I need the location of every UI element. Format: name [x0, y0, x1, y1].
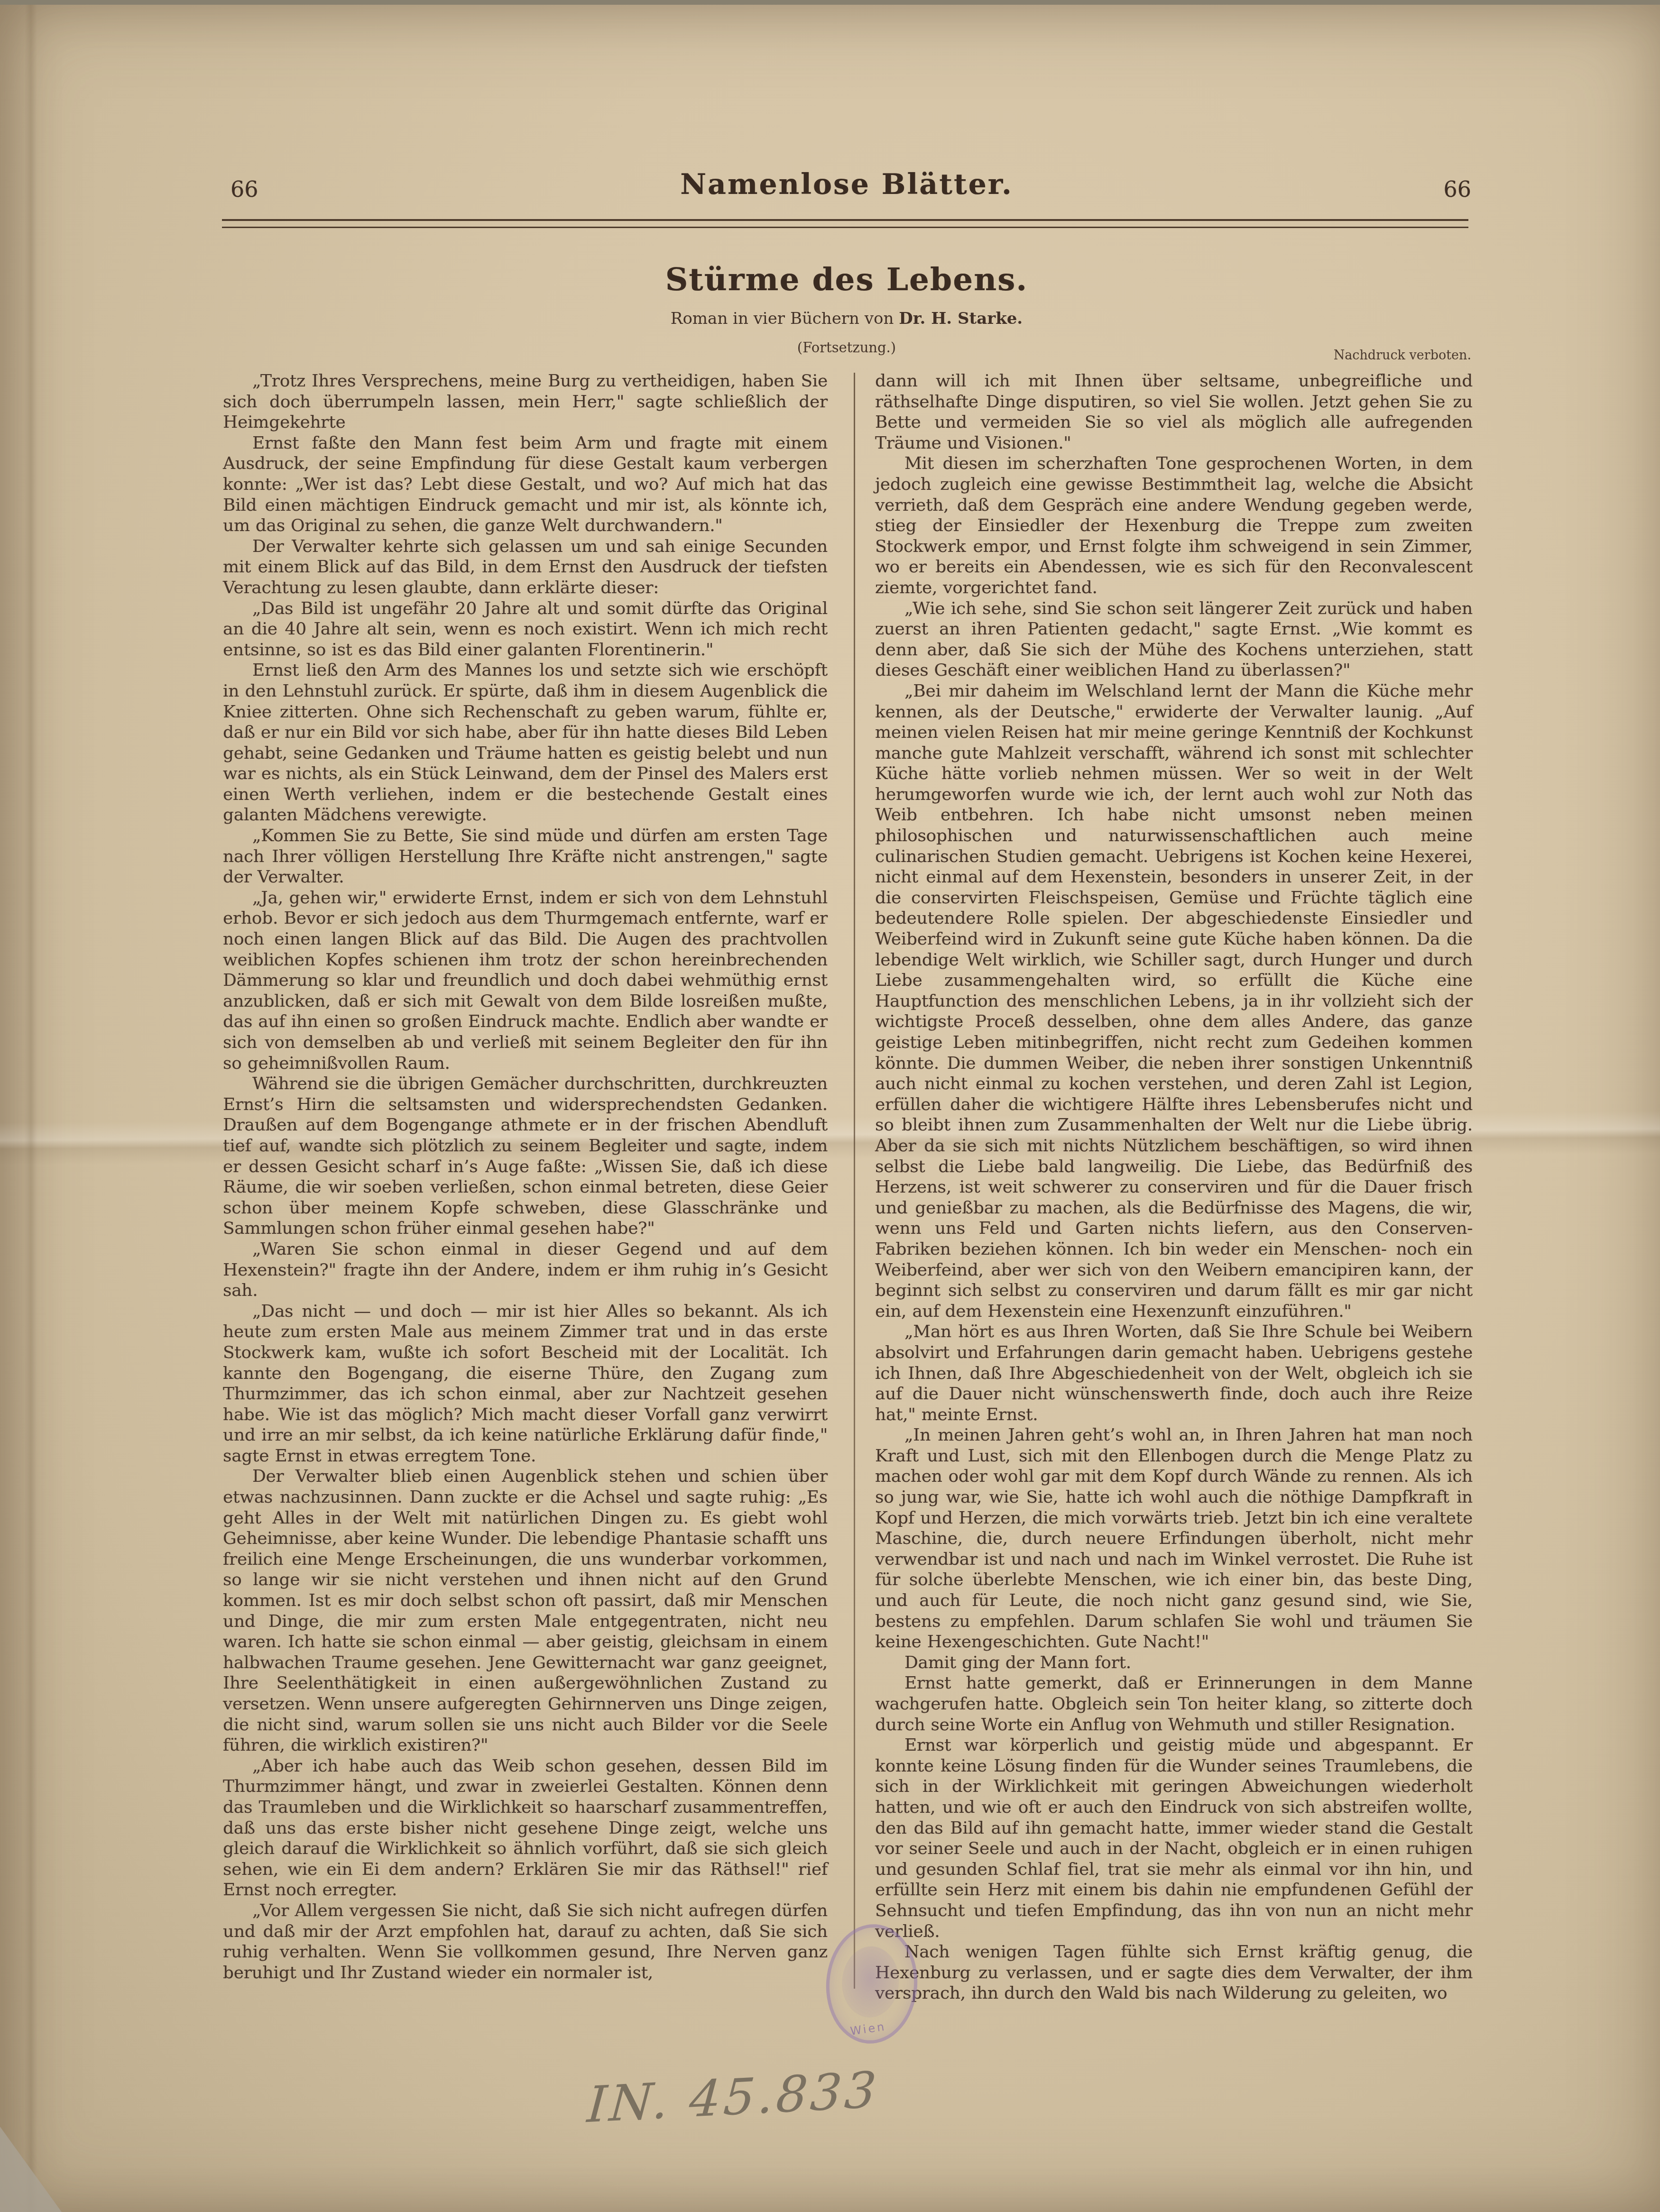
library-stamp-text: Wien — [830, 2017, 906, 2041]
masthead-title: Namenlose Blätter. — [223, 168, 1470, 201]
column-left: „Trotz Ihres Versprechens, meine Burg zu… — [223, 371, 828, 1983]
paragraph: „Man hört es aus Ihren Worten, daß Sie I… — [875, 1322, 1473, 1425]
column-divider-rule — [854, 373, 855, 1989]
paragraph: Damit ging der Mann fort. — [875, 1652, 1473, 1673]
article-body: „Trotz Ihres Versprechens, meine Burg zu… — [223, 371, 1473, 1997]
paragraph: Ernst hatte gemerkt, daß er Erinnerungen… — [875, 1673, 1473, 1735]
paragraph: Ernst war körperlich und geistig müde un… — [875, 1735, 1473, 1942]
paragraph: „Vor Allem vergessen Sie nicht, daß Sie … — [223, 1900, 828, 1983]
paragraph: dann will ich mit Ihnen über seltsame, u… — [875, 371, 1473, 453]
rights-note: Nachdruck verboten. — [1334, 348, 1471, 363]
paragraph: Nach wenigen Tagen fühlte sich Ernst krä… — [875, 1942, 1473, 2004]
paragraph: „Trotz Ihres Versprechens, meine Burg zu… — [223, 371, 828, 433]
paragraph: Während sie die übrigen Gemächer durchsc… — [223, 1074, 828, 1239]
continuation-note: (Fortsetzung.) — [223, 340, 1470, 356]
paragraph: „Waren Sie schon einmal in dieser Gegend… — [223, 1239, 828, 1301]
handwritten-inventory-number: IN. 45.833 — [585, 2061, 881, 2134]
paragraph: Ernst faßte den Mann fest beim Arm und f… — [223, 433, 828, 536]
paragraph: Ernst ließ den Arm des Mannes los und se… — [223, 660, 828, 826]
article-title: Stürme des Lebens. — [223, 261, 1470, 298]
paragraph: „Das nicht — und doch — mir ist hier All… — [223, 1301, 828, 1467]
header-rule — [222, 219, 1468, 228]
column-right: dann will ich mit Ihnen über seltsame, u… — [875, 371, 1473, 2004]
corner-fold — [0, 2127, 62, 2212]
article-author: Dr. H. Starke. — [899, 309, 1023, 328]
scanned-newspaper-page: 66 Namenlose Blätter. 66 Stürme des Lebe… — [0, 5, 1660, 2212]
page-number-right: 66 — [1443, 176, 1471, 202]
paper-edge-crease — [25, 5, 37, 2212]
article-subtitle: Roman in vier Büchern von Dr. H. Starke. — [223, 309, 1470, 328]
paragraph: Mit diesen im scherzhaften Tone gesproch… — [875, 453, 1473, 598]
paragraph: Der Verwalter kehrte sich gelassen um un… — [223, 536, 828, 598]
paragraph: Der Verwalter blieb einen Augenblick ste… — [223, 1466, 828, 1755]
paragraph: „Bei mir daheim im Welschland lernt der … — [875, 681, 1473, 1322]
paragraph: „In meinen Jahren geht’s wohl an, in Ihr… — [875, 1425, 1473, 1652]
library-stamp-emblem — [839, 1945, 901, 2019]
paragraph: „Kommen Sie zu Bette, Sie sind müde und … — [223, 826, 828, 888]
paragraph: „Wie ich sehe, sind Sie schon seit länge… — [875, 598, 1473, 681]
paragraph: „Aber ich habe auch das Weib schon geseh… — [223, 1756, 828, 1900]
article-subtitle-prefix: Roman in vier Büchern von — [671, 309, 899, 328]
paragraph: „Ja, gehen wir," erwiderte Ernst, indem … — [223, 888, 828, 1074]
paragraph: „Das Bild ist ungefähr 20 Jahre alt und … — [223, 598, 828, 661]
